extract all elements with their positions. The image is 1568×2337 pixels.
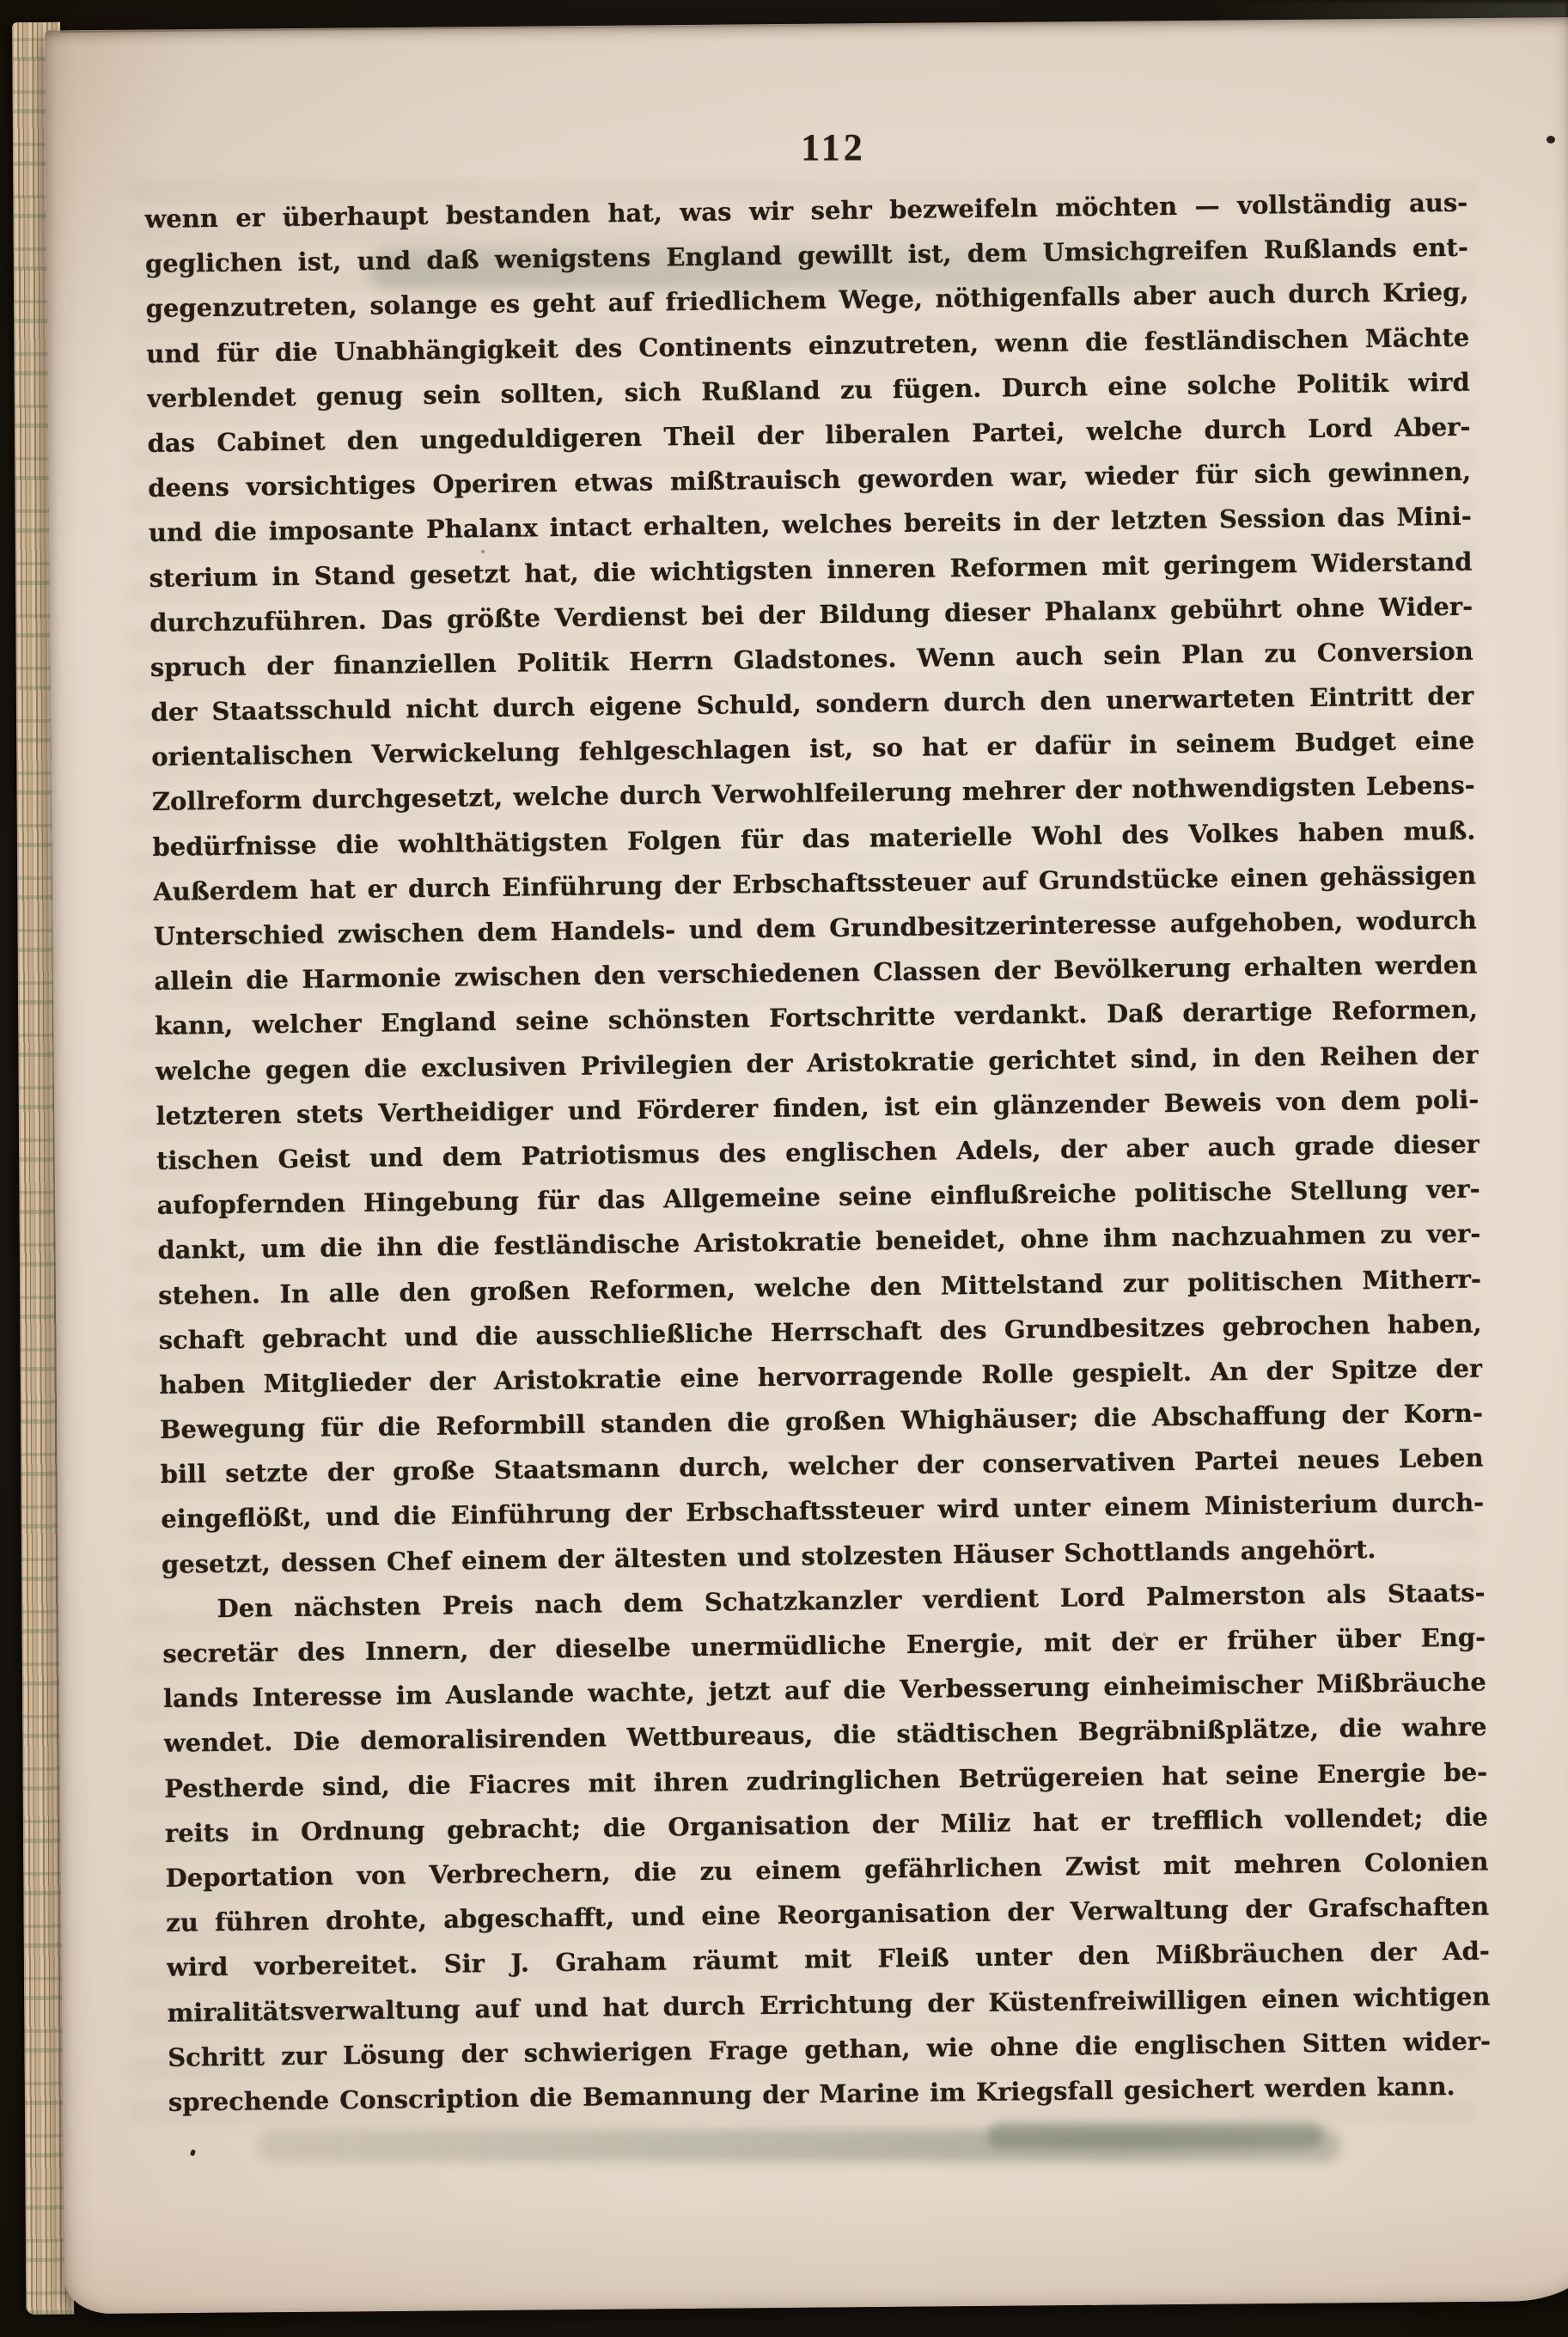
body-text: wenn er überhaupt bestanden hat, was wir…	[144, 180, 1492, 2125]
bleed-through-smudge-footer-right	[988, 2122, 1323, 2148]
ink-speck	[1143, 1632, 1146, 1636]
scanned-book-page: { "page": { "number": "112", "lines": [ …	[0, 0, 1568, 2337]
page-number: 112	[739, 125, 928, 169]
ink-speck	[481, 550, 485, 553]
ink-speck	[1547, 136, 1555, 143]
